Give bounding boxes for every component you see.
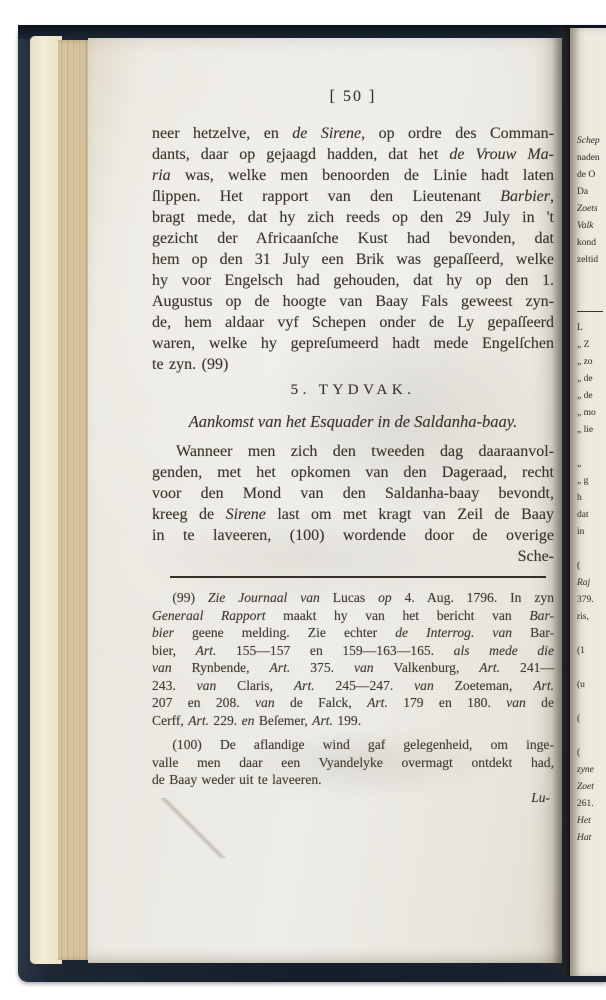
facing-page-text-fragment [577,269,606,286]
facing-page-text-fragment [577,694,606,711]
facing-page-text-fragment: Schep [577,133,606,150]
facing-page-text-fragment: „ [577,456,606,473]
book-gutter-shadow [552,28,572,976]
text-line: te zyn. (99) [152,354,554,375]
text-line: hy voor Engelsch had gehouden, dat hy op… [152,270,554,291]
text-line: hem op den 31 July een Brik was gepaſſee… [152,249,554,270]
text-line: (99) Zie Journaal van Lucas op 4. Aug. 1… [152,589,554,607]
footnote-rule [170,576,546,578]
facing-page-text-fragment: Valk [577,218,606,235]
facing-page-text-fragment: „ mo [577,405,606,422]
text-line: ria was, welke men benoorden de Linie ha… [152,165,554,186]
facing-page-text-fragment: ( [577,745,606,762]
text-block: [ 50 ] neer hetzelve, en de Sirene, op o… [152,88,554,806]
facing-page-text-fragment [577,660,606,677]
book-photo: [ 50 ] neer hetzelve, en de Sirene, op o… [0,0,606,1000]
facing-page-text-fragment: zyne [577,762,606,779]
facing-page-text-fragment: „ lie [577,422,606,439]
facing-page-text-fragment: Zoet [577,779,606,796]
facing-page-text-fragment: dat [577,507,606,524]
footnote-100: (100) De aflandige wind gaf gelegenheid,… [152,736,554,789]
paper-scratch [143,798,243,858]
text-line: ſlippen. Het rapport van den Lieutenant … [152,186,554,207]
text-line: Cerff, Art. 229. en Beſemer, Art. 199. [152,712,554,730]
text-line: valle men daar een Vyandelyke overmagt o… [152,754,554,772]
paragraph-1: neer hetzelve, en de Sirene, op ordre de… [152,123,554,375]
page-fore-edge [58,40,92,960]
text-line: neer hetzelve, en de Sirene, op ordre de… [152,123,554,144]
facing-page-text-fragment [577,541,606,558]
facing-page-text-fragment [577,286,606,303]
facing-page-rule [577,311,603,312]
paragraph-2: Wanneer men zich den tweeden dag daaraan… [152,441,554,567]
text-line: bier, Art. 155—157 en 159—163—165. als m… [152,642,554,660]
text-line: waren, welke hy gepreſumeerd hadt mede E… [152,333,554,354]
facing-page-text-fragment: Da [577,184,606,201]
facing-page-text-fragment: „ Z [577,337,606,354]
text-line: genden, met het opkomen van den Dageraad… [152,462,554,483]
facing-page-text-fragment: Zoets [577,201,606,218]
facing-page-text-fragment: Raj [577,575,606,592]
facing-page-text-fragment: „ g [577,473,606,490]
facing-page-text-fragment [577,728,606,745]
facing-page-text-fragment [577,626,606,643]
facing-page-text-fragment [577,439,606,456]
text-line: Sche- [152,546,554,567]
facing-page-text-fragment: (1 [577,643,606,660]
catchword: Lu- [152,790,554,806]
text-line: van Rynbende, Art. 375. van Valkenburg, … [152,659,554,677]
text-line: bier geene melding. Zie echter de Interr… [152,624,554,642]
book-page: [ 50 ] neer hetzelve, en de Sirene, op o… [88,38,562,963]
text-line: gezicht der Africaanſche Kust had bevond… [152,228,554,249]
facing-page-text-fragment: h [577,490,606,507]
facing-page-text-fragment: 261. [577,796,606,813]
facing-page-fragments: Schepnadende ODaZoetsValkkondzeltid L„ Z… [577,133,606,847]
page-number: [ 50 ] [152,88,554,109]
facing-page-text-fragment: „ de [577,371,606,388]
facing-page-text-fragment: „ de [577,388,606,405]
facing-page-text-fragment: „ zo [577,354,606,371]
text-line: Augustus op de hoogte van Baay Fals gewe… [152,291,554,312]
text-line: 207 en 208. van de Falck, Art. 179 en 18… [152,694,554,712]
text-line: de Baay weder uit te laveeren. [152,771,554,789]
section-subheading: Aankomst van het Esquader in de Saldanha… [152,412,554,433]
text-line: de, hem aldaar vyf Schepen onder de Ly g… [152,312,554,333]
facing-page-text-fragment: in [577,524,606,541]
text-line: (100) De aflandige wind gaf gelegenheid,… [152,736,554,754]
facing-page-text-fragment: zeltid [577,252,606,269]
section-heading: 5. TYDVAK. [152,382,554,403]
text-line: voor den Mond van den Saldanha-baay bevo… [152,483,554,504]
footnote-99: (99) Zie Journaal van Lucas op 4. Aug. 1… [152,589,554,729]
facing-page-text-fragment: ris, [577,609,606,626]
facing-page-text-fragment: de O [577,167,606,184]
text-line: in te laveeren, (100) wordende door de o… [152,525,554,546]
facing-page-text-fragment: ( [577,558,606,575]
text-line: dants, daar op gejaagd hadden, dat het d… [152,144,554,165]
text-line: Wanneer men zich den tweeden dag daaraan… [152,441,554,462]
facing-page-text-fragment: (u [577,677,606,694]
text-line: bragt mede, dat hy zich reeds op den 29 … [152,207,554,228]
text-line: Generaal Rapport maakt hy van het berich… [152,607,554,625]
facing-page-text-fragment: Het [577,813,606,830]
facing-page-text-fragment: kond [577,235,606,252]
facing-page-text-fragment: 379. [577,592,606,609]
text-line: 243. van Claris, Art. 245—247. van Zoete… [152,677,554,695]
facing-page-text-fragment: naden [577,150,606,167]
facing-page-text-fragment: ( [577,711,606,728]
facing-page-text-fragment: L [577,320,606,337]
facing-page-text-fragment: Hat [577,830,606,847]
facing-page-edge: Schepnadende ODaZoetsValkkondzeltid L„ Z… [570,28,606,976]
text-line: kreeg de Sirene last om met kragt van Ze… [152,504,554,525]
